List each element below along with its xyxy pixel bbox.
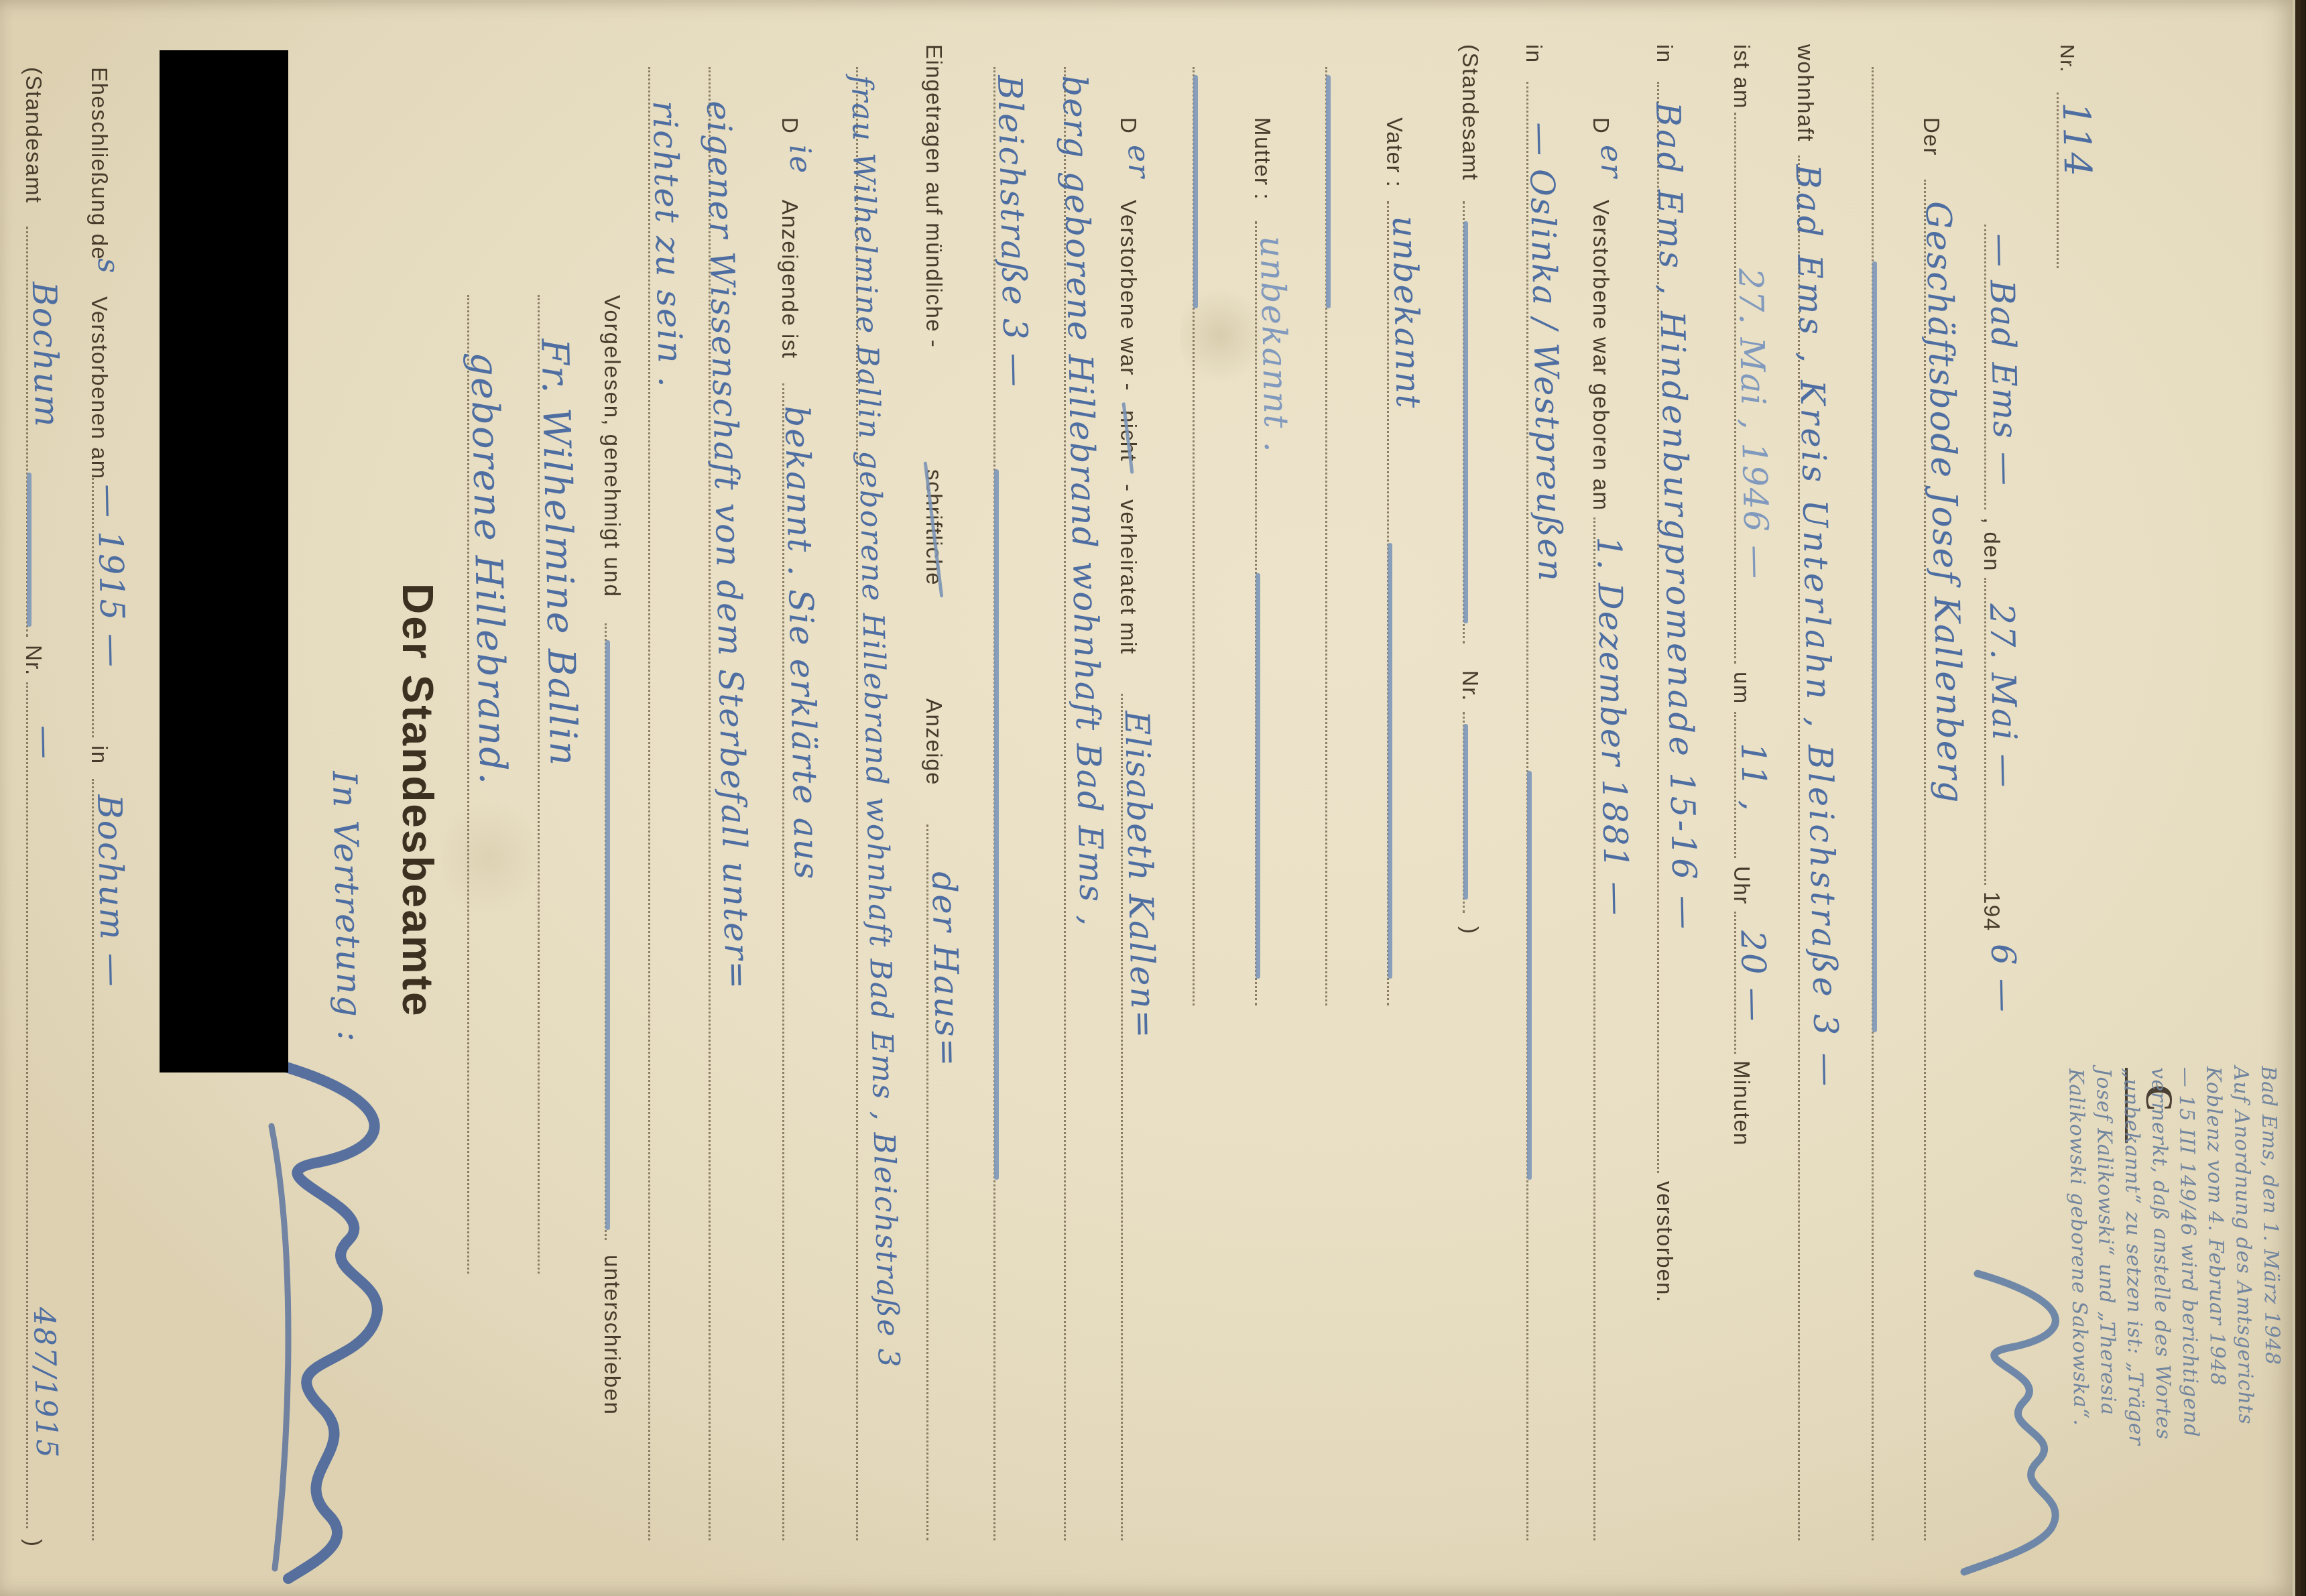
standesamt-label: (Standesamt: [21, 67, 46, 204]
record-place-handwritten: — Bad Ems —: [1982, 233, 2026, 487]
marriage-place-handwritten: Bochum —: [90, 794, 133, 988]
ink-strike-line: [994, 469, 999, 1180]
year-digit-handwritten: 6 —: [1984, 943, 2024, 1014]
death-minute-handwritten: 20 —: [1734, 930, 1774, 1023]
entry-number-label: Nr.: [2055, 44, 2078, 73]
ink-strike-line: [1388, 543, 1392, 979]
eheschliessung-label: Eheschließung de: [86, 67, 112, 260]
ink-strike-line: [1256, 573, 1260, 979]
ink-strike-line: [1463, 221, 1468, 623]
spouse-name-handwritten: Elisabeth Kallen=: [1117, 710, 1163, 1040]
den-label: , den: [1979, 517, 2004, 572]
in-label: in: [86, 745, 112, 765]
eingetragen-label: Eingetragen auf mündliche -: [921, 44, 947, 348]
death-date-handwritten: 27. Mai , 1946 —: [1731, 267, 1776, 580]
margin-note-line: Josef Kalikowski“ und „Theresia: [2089, 1068, 2122, 1446]
nr-label: Nr.: [21, 645, 46, 676]
year-printed: 194: [1979, 892, 2004, 932]
margin-note-line: Koblenz vom 4. Februar 1948: [2199, 1066, 2232, 1445]
uhr-label: Uhr: [1729, 866, 1754, 905]
vater-label: Vater :: [1382, 117, 1407, 188]
unterschrieben-label: unterschrieben: [599, 1255, 625, 1415]
verheiratet-label-b: - verheiratet mit: [1115, 484, 1141, 655]
marriage-year-handwritten: — 1915 —: [90, 483, 133, 668]
mutter-label: Mutter :: [1250, 117, 1275, 200]
margin-signature-scrawl: [1951, 1260, 2091, 1582]
residence-handwritten: Bad Ems , Kreis Unterlahn , Bleichstraße…: [1788, 164, 1847, 1090]
paper-stain: [1180, 282, 1260, 389]
informant-signature: Fr. Wilhelmine Ballin: [532, 338, 585, 767]
margin-note-line: Auf Anordnung des Amtsgerichts: [2227, 1066, 2260, 1444]
scanned-death-record: C Bad Ems, den 1. März 1948 Auf Anordnun…: [0, 0, 2306, 1596]
ink-strike-line: [1527, 771, 1532, 1180]
d-label: D: [777, 117, 802, 134]
redaction-bar: [160, 50, 288, 1072]
ink-strike-line: [605, 640, 610, 1230]
der-label: Der: [1919, 117, 1944, 156]
der-suffix-handwritten: er: [1593, 144, 1628, 179]
ink-strike-line: [1463, 724, 1468, 900]
d-label: D: [1115, 117, 1141, 134]
margin-note-line: Bad Ems, den 1. März 1948: [2254, 1066, 2287, 1444]
minuten-label: Minuten: [1729, 1060, 1754, 1146]
ink-strike-line: [1326, 75, 1331, 308]
death-hour-handwritten: 11 ,: [1734, 742, 1774, 812]
official-signature-scrawl: [255, 1046, 409, 1595]
informant-signature-continued: geborene Hillebrand.: [462, 351, 515, 786]
ink-strike-line: [27, 473, 32, 627]
registry-number-handwritten: 487/1915: [27, 1306, 64, 1459]
eheschliessung-correction-handwritten: s: [91, 257, 126, 275]
geboren-am-label: Verstorbene war geboren am: [1588, 200, 1614, 511]
registrar-heading: Der Standesbeamte: [393, 583, 442, 1018]
verheiratet-label-a: Verstorbene war -: [1115, 200, 1141, 391]
standesamt-label: (Standesamt: [1457, 44, 1483, 181]
ink-strike-line: [1872, 261, 1877, 1032]
margin-note-line: „unbekannt“ zu setzen ist: „Träger: [2117, 1068, 2150, 1446]
schriftliche-label-struck: schriftliche: [922, 469, 947, 586]
nicht-label-struck: nicht: [1116, 410, 1141, 462]
anzeigende-label: Anzeigende ist: [777, 200, 802, 359]
margin-note-line: — 15 III 149/46 wird berichtigend: [2172, 1066, 2205, 1445]
record-date-handwritten: 27. Mai —: [1982, 603, 2025, 788]
birth-place-handwritten: — Oslinka / Westpreußen: [1522, 121, 1570, 582]
um-label: um: [1729, 672, 1754, 704]
informant-handwritten: der Haus=: [924, 871, 967, 1068]
declarant-knowledge-handwritten: eigener Wissenschaft von dem Sterbefall …: [699, 101, 757, 991]
declarant-closing-handwritten: richtet zu sein .: [646, 100, 690, 389]
registry-place-handwritten: Bochum: [25, 281, 67, 428]
wohnhaft-label: wohnhaft: [1793, 44, 1818, 142]
paper-stain: [442, 791, 536, 925]
d-label: D: [1588, 117, 1614, 134]
nr-label: Nr.: [1457, 670, 1483, 702]
in-label: in: [1521, 44, 1546, 64]
death-register-page: C Bad Ems, den 1. März 1948 Auf Anordnun…: [0, 0, 2295, 1596]
anzeige-label: Anzeige: [921, 698, 947, 786]
vorgelesen-label: Vorgelesen, genehmigt und: [599, 295, 625, 598]
margin-correction-note: Bad Ems, den 1. März 1948 Auf Anordnung …: [2062, 1066, 2287, 1447]
dotted-rule: [26, 682, 28, 1528]
die-suffix-handwritten: ie: [783, 144, 818, 174]
registry-dash-handwritten: —: [25, 725, 65, 760]
deputy-handwritten: In Vertretung :: [325, 770, 369, 1043]
close-paren: ): [21, 1539, 46, 1548]
mother-handwritten: unbekannt .: [1253, 235, 1296, 454]
margin-note-line: vermerkt, daß anstelle des Wortes: [2144, 1067, 2177, 1445]
entry-number-value: 114: [2054, 101, 2099, 178]
declarant-known-handwritten: bekannt . Sie erklärte aus: [778, 405, 827, 880]
verstorben-label: verstorben.: [1652, 1181, 1677, 1303]
der-suffix-handwritten: er: [1121, 144, 1156, 179]
verstorbenen-am-label: Verstorbenen am: [86, 296, 112, 480]
spouse-street-handwritten: Bleichstraße 3 —: [990, 74, 1036, 388]
close-paren: ): [1457, 926, 1483, 935]
father-handwritten: unbekannt: [1385, 215, 1428, 410]
birth-date-handwritten: 1. Dezember 1881 —: [1589, 536, 1636, 916]
informant-continued-handwritten: frau Wilhelmine Ballin geborene Hillebra…: [845, 75, 906, 1369]
ink-strike-line: [1193, 75, 1198, 308]
ist-am-label: ist am: [1729, 44, 1754, 109]
in-label: in: [1652, 44, 1677, 64]
